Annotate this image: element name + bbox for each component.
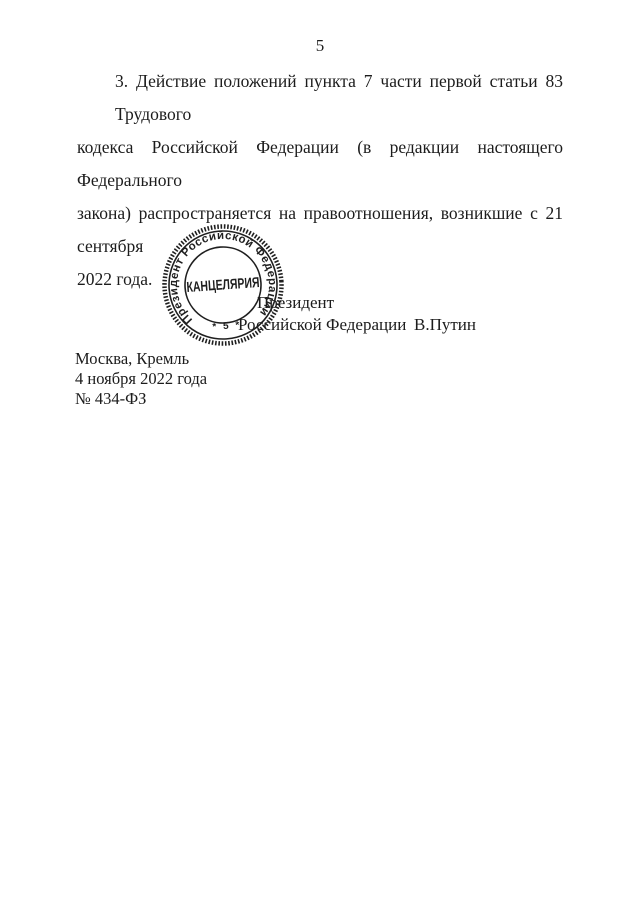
paragraph-line: закона) распространяется на правоотношен… [77, 197, 563, 263]
stamp-number-text: * 5 * [212, 320, 242, 333]
requisites-block: Москва, Кремль 4 ноября 2022 года № 434-… [75, 349, 207, 409]
page-number: 5 [0, 36, 640, 56]
requisites-date: 4 ноября 2022 года [75, 369, 207, 389]
document-page: 5 3. Действие положений пункта 7 части п… [0, 0, 640, 905]
chancellery-stamp-icon: Президент Российской Федерации КАНЦЕЛЯРИ… [158, 222, 288, 348]
paragraph-line: кодекса Российской Федерации (в редакции… [77, 131, 563, 197]
signature-name: В.Путин [414, 315, 476, 335]
stamp-center-text: КАНЦЕЛЯРИЯ [186, 275, 260, 296]
body-paragraph: 3. Действие положений пункта 7 части пер… [77, 65, 563, 296]
requisites-number: № 434-ФЗ [75, 389, 207, 409]
paragraph-line: 3. Действие положений пункта 7 части пер… [77, 65, 563, 131]
paragraph-line: 2022 года. [77, 263, 563, 296]
requisites-place: Москва, Кремль [75, 349, 207, 369]
